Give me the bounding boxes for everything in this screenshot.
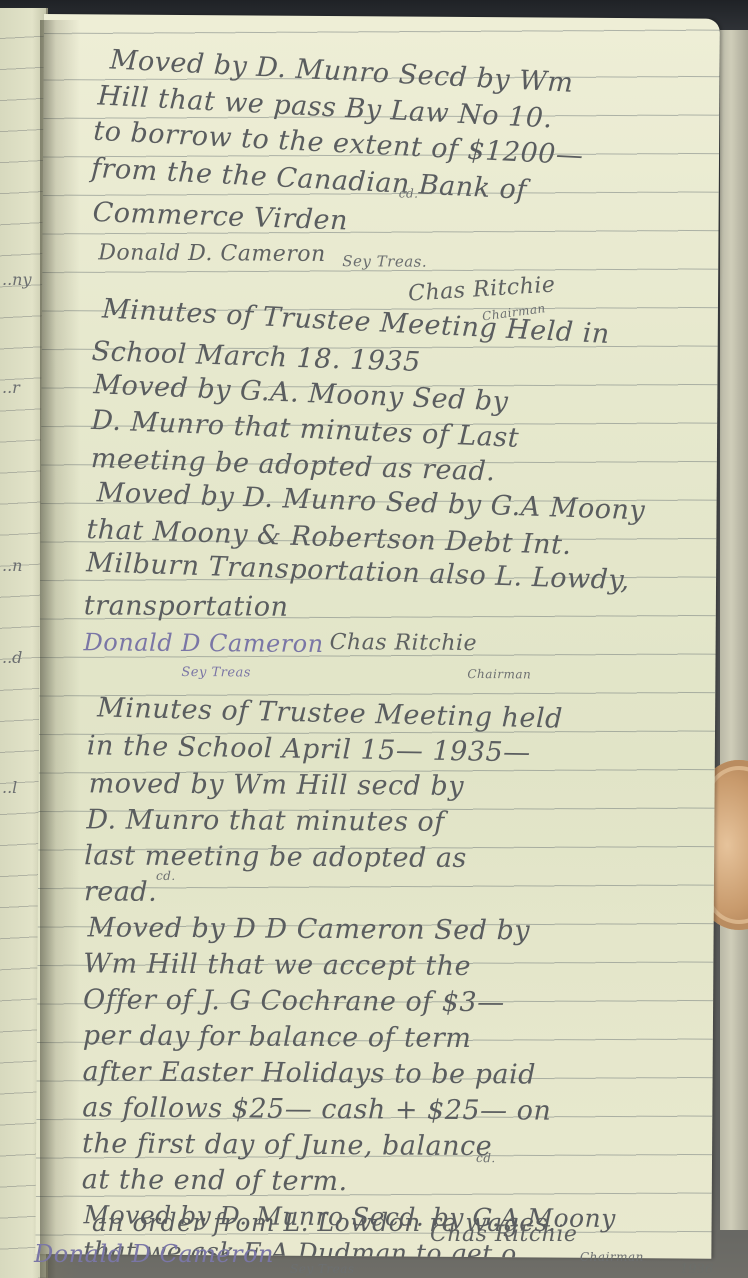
entry-line: D. Munro that minutes of (86, 804, 445, 838)
secretary-title: Sey Treas (181, 665, 251, 680)
margin-note: cd. (399, 186, 419, 200)
margin-note: cd. (156, 869, 176, 883)
secretary-title: Sey Treas (290, 1262, 355, 1276)
left-page-fragment: ..l (2, 778, 17, 797)
book-edge (720, 30, 748, 1230)
entry-line: read. (84, 876, 158, 908)
secretary-signature: Donald D Cameron (34, 1240, 274, 1268)
left-page-fragment: ..r (2, 378, 20, 397)
entry-line: after Easter Holidays to be paid (83, 1056, 537, 1090)
left-page-fragment: ..ny (2, 270, 32, 289)
ledger-page: Moved by D. Munro Secd by Wm Hill that w… (35, 14, 720, 1259)
chairman-signature: Chas Ritchie (330, 630, 478, 656)
entry-line: the first day of June, balance (82, 1128, 492, 1162)
entry-line: last meeting be adopted as (84, 840, 467, 874)
entry-line: moved by Wm Hill secd by (89, 768, 465, 802)
entry-line: transportation (84, 590, 289, 622)
ledger-photo: ..ny ..r ..n ..d ..l Moved by D. Munro S… (0, 0, 748, 1278)
entry-line: as follows $25— cash + $25— on (82, 1092, 551, 1126)
left-page-fragment: ..d (2, 648, 22, 667)
entry-line: Wm Hill that we accept the (83, 948, 471, 982)
secretary-signature: Donald D. Cameron (98, 240, 326, 267)
entry-line: Moved by D D Cameron Sed by (88, 912, 531, 946)
entry-line: at the end of term. (82, 1164, 348, 1197)
left-page-fragment: ..n (2, 556, 22, 575)
chairman-title: Chairman (580, 1250, 644, 1264)
page-mark: 1936 (680, 1262, 713, 1277)
secretary-title: Sey Treas. (342, 252, 427, 271)
chairman-title: Chairman (467, 667, 531, 681)
secretary-signature: Donald D Cameron (84, 628, 324, 658)
margin-note: cd. (476, 1151, 496, 1165)
chairman-signature: Chas Ritchie (430, 1222, 577, 1247)
entry-line: Offer of J. G Cochrane of $3— (83, 984, 505, 1018)
entry-line: per day for balance of term (83, 1020, 472, 1054)
